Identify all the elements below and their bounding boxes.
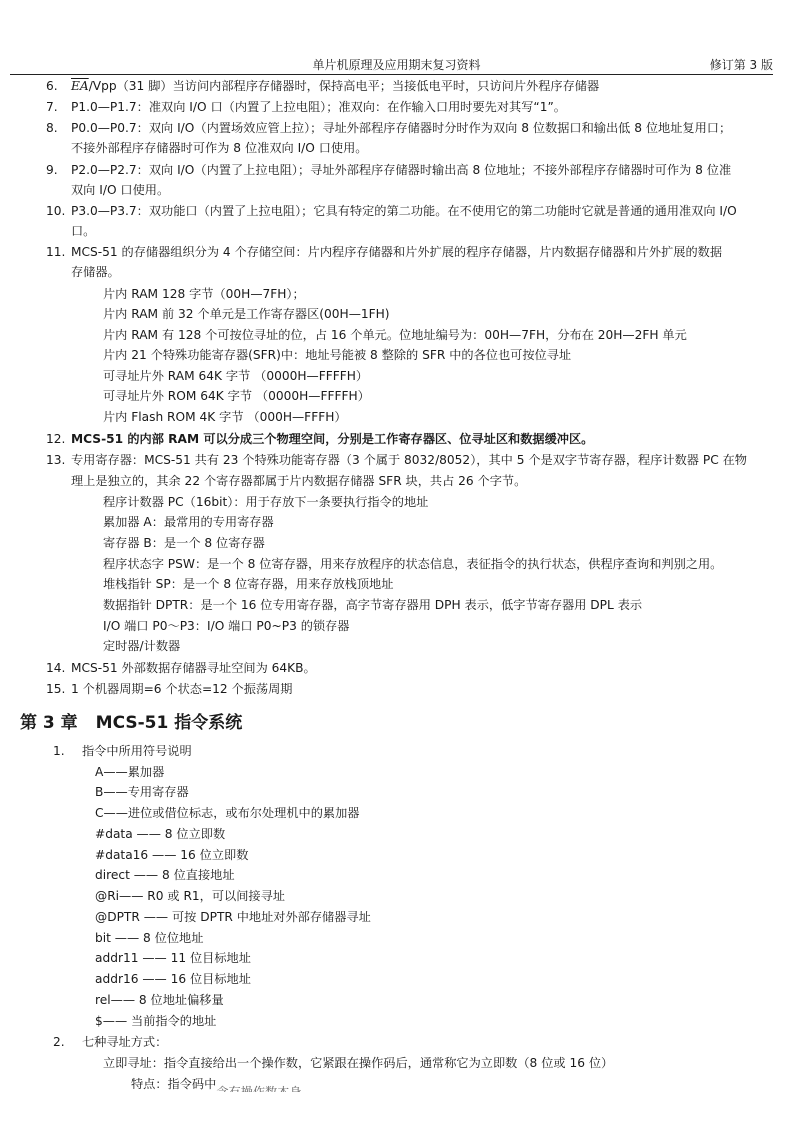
register-item: 寄存器 B：是一个 8 位寄存器 <box>103 535 265 551</box>
symbol-item: rel—— 8 位地址偏移量 <box>95 992 224 1008</box>
symbol-item: #data —— 8 位立即数 <box>95 826 225 842</box>
list-item-7-text: P1.0—P1.7：准双向 I/O 口（内置了上拉电阻）；准双向：在作输入口用时… <box>71 99 566 115</box>
symbol-item: bit —— 8 位位地址 <box>95 930 203 946</box>
list-item-9-cont: 双向 I/O 口使用。 <box>71 182 169 198</box>
list-item-14-text: MCS-51 外部数据存储器寻址空间为 64KB。 <box>71 660 316 676</box>
item-number: 6. <box>46 79 58 93</box>
symbol-item: $—— 当前指令的地址 <box>95 1013 216 1029</box>
item-text: /Vpp（31 脚）当访问内部程序存储器时，保持高电平；当接低电平时，只访问片外… <box>89 79 599 93</box>
item-number: 2. <box>53 1034 65 1050</box>
document-page: 单片机原理及应用期末复习资料 修订第 3 版 6. EA/Vpp（31 脚）当访… <box>0 0 793 1122</box>
symbol-item: A——累加器 <box>95 764 164 780</box>
item-number: 10. <box>46 203 65 219</box>
ch3-item-1-text: 指令中所用符号说明 <box>82 743 192 759</box>
list-item-12-text: MCS-51 的内部 RAM 可以分成三个物理空间，分别是工作寄存器区、位寻址区… <box>71 431 593 447</box>
list-item-6-text: EA/Vpp（31 脚）当访问内部程序存储器时，保持高电平；当接低电平时，只访问… <box>71 78 599 94</box>
register-item: 程序状态字 PSW：是一个 8 位寄存器，用来存放程序的状态信息，表征指令的执行… <box>103 556 722 572</box>
page-header: 单片机原理及应用期末复习资料 修订第 3 版 <box>20 56 773 74</box>
memory-detail: 可寻址片外 RAM 64K 字节 （0000H—FFFFH） <box>103 368 368 384</box>
register-item: 定时器/计数器 <box>103 638 180 654</box>
symbol-item: direct —— 8 位直接地址 <box>95 867 235 883</box>
item-number: 7. <box>46 99 58 115</box>
register-item: 程序计数器 PC（16bit）：用于存放下一条要执行指令的地址 <box>103 494 428 510</box>
document-title: 单片机原理及应用期末复习资料 <box>20 56 773 73</box>
list-item-13-cont: 理上是独立的，其余 22 个寄存器都属于片内数据存储器 SFR 块，共占 26 … <box>71 473 526 489</box>
memory-detail: 可寻址片外 ROM 64K 字节 （0000H—FFFFH） <box>103 388 370 404</box>
symbol-item: #data16 —— 16 位立即数 <box>95 847 248 863</box>
feature-text: 特点：指令码中 <box>131 1077 216 1091</box>
list-item-11-text: MCS-51 的存储器组织分为 4 个存储空间：片内程序存储器和片外扩展的程序存… <box>71 244 722 260</box>
memory-detail: 片内 21 个特殊功能寄存器(SFR)中：地址号能被 8 整除的 SFR 中的各… <box>103 347 571 363</box>
item-number: 8. <box>46 120 58 136</box>
list-item-8-text: P0.0—P0.7：双向 I/O（内置场效应管上拉）；寻址外部程序存储器时分时作… <box>71 120 731 136</box>
list-item-6: 6. <box>46 78 58 94</box>
item-number: 1. <box>53 743 65 759</box>
memory-detail: 片内 RAM 前 32 个单元是工作寄存器区(00H—1FH) <box>103 306 390 322</box>
list-item-10-cont: 口。 <box>71 223 95 239</box>
symbol-item: @DPTR —— 可按 DPTR 中地址对外部存储器寻址 <box>95 909 371 925</box>
register-item: 数据指针 DPTR：是一个 16 位专用寄存器，高字节寄存器用 DPH 表示，低… <box>103 597 642 613</box>
ch3-item-2-text: 七种寻址方式： <box>82 1034 167 1050</box>
list-item-13-text: 专用寄存器：MCS-51 共有 23 个特殊功能寄存器（3 个属于 8032/8… <box>71 452 747 468</box>
symbol-item: addr11 —— 11 位目标地址 <box>95 950 251 966</box>
item-number: 12. <box>46 431 65 447</box>
memory-detail: 片内 RAM 128 字节（00H—7FH）； <box>103 286 305 302</box>
register-item: I/O 端口 P0～P3：I/O 端口 P0~P3 的锁存器 <box>103 618 349 634</box>
item-number: 13. <box>46 452 65 468</box>
feature-line: 特点：指令码中含有操作数本身 <box>131 1076 302 1092</box>
list-item-15-text: 1 个机器周期=6 个状态=12 个振荡周期 <box>71 681 293 697</box>
memory-detail: 片内 RAM 有 128 个可按位寻址的位，占 16 个单元。位地址编号为：00… <box>103 327 687 343</box>
symbol-item: @Ri—— R0 或 R1，可以间接寻址 <box>95 888 285 904</box>
immediate-addressing: 立即寻址：指令直接给出一个操作数，它紧跟在操作码后，通常称它为立即数（8 位或 … <box>103 1055 613 1071</box>
symbol-item: addr16 —— 16 位目标地址 <box>95 971 251 987</box>
list-item-11-cont: 存储器。 <box>71 264 120 280</box>
item-number: 11. <box>46 244 65 260</box>
chapter-heading: 第 3 章MCS-51 指令系统 <box>20 708 242 733</box>
register-item: 累加器 A：最常用的专用寄存器 <box>103 514 274 530</box>
symbol-item: B——专用寄存器 <box>95 784 189 800</box>
register-item: 堆栈指针 SP：是一个 8 位寄存器，用来存放栈顶地址 <box>103 576 393 592</box>
list-item-9-text: P2.0—P2.7：双向 I/O（内置了上拉电阻）；寻址外部程序存储器时输出高 … <box>71 162 731 178</box>
item-number: 14. <box>46 660 65 676</box>
feature-text-clipped: 含有操作数本身 <box>216 1084 301 1092</box>
item-number: 15. <box>46 681 65 697</box>
chapter-title: MCS-51 指令系统 <box>96 713 243 733</box>
symbol-item: C——进位或借位标志，或布尔处理机中的累加器 <box>95 805 359 821</box>
memory-detail: 片内 Flash ROM 4K 字节 （000H—FFFH） <box>103 409 347 425</box>
chapter-number: 第 3 章 <box>20 713 78 733</box>
ea-overline-symbol: EA <box>71 79 89 93</box>
list-item-10-text: P3.0—P3.7：双功能口（内置了上拉电阻）；它具有特定的第二功能。在不使用它… <box>71 203 737 219</box>
header-divider <box>10 74 773 75</box>
item-number: 9. <box>46 162 58 178</box>
list-item-8-cont: 不接外部程序存储器时可作为 8 位准双向 I/O 口使用。 <box>71 140 367 156</box>
revision-label: 修订第 3 版 <box>710 56 773 73</box>
